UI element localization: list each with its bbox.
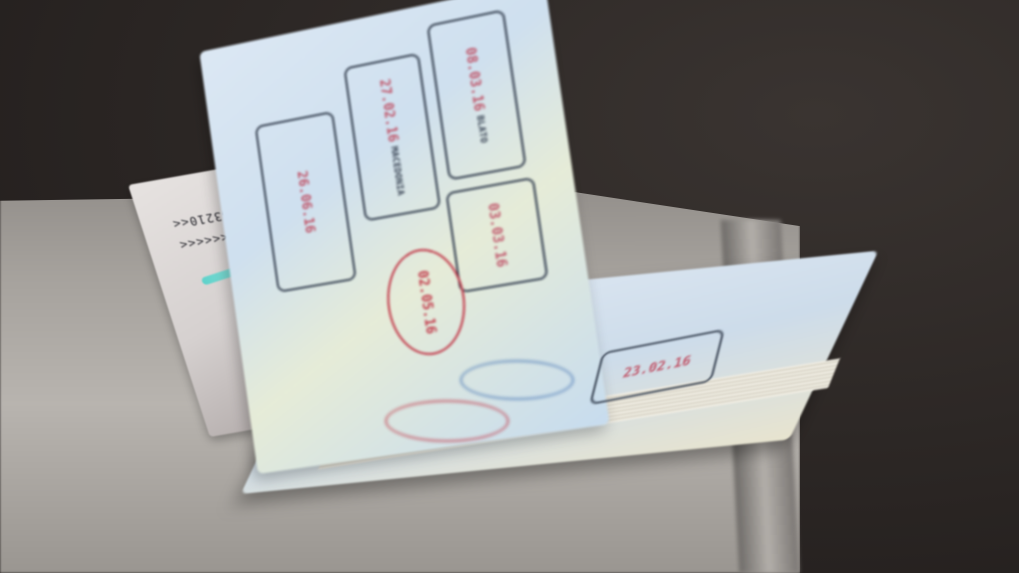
stamp-text: BLATO	[474, 114, 489, 144]
stamp-2: 08.03.16 BLATO	[426, 9, 526, 180]
stamp-date: 26.06.16	[293, 170, 317, 235]
stamp-3: 26.06.16	[255, 111, 357, 293]
stamp-1: 27.02.16 MACEDONIA	[343, 53, 441, 222]
stamp-4: 03.03.16	[445, 177, 548, 293]
stamp-red-oval	[385, 400, 509, 442]
stamp-text: MACEDONIA	[388, 145, 405, 196]
stamp-date: 27.02.16	[376, 78, 400, 144]
stamp-date: 02.05.16	[414, 269, 439, 335]
passport-upper-page: 27.02.16 MACEDONIA 08.03.16 BLATO 26.06.…	[199, 0, 609, 474]
stamp-date: 23.02.16	[621, 353, 692, 381]
stamp-blue-oval	[460, 360, 574, 400]
stamp-date: 03.03.16	[484, 202, 509, 269]
stamp-date: 08.03.16	[461, 46, 486, 113]
